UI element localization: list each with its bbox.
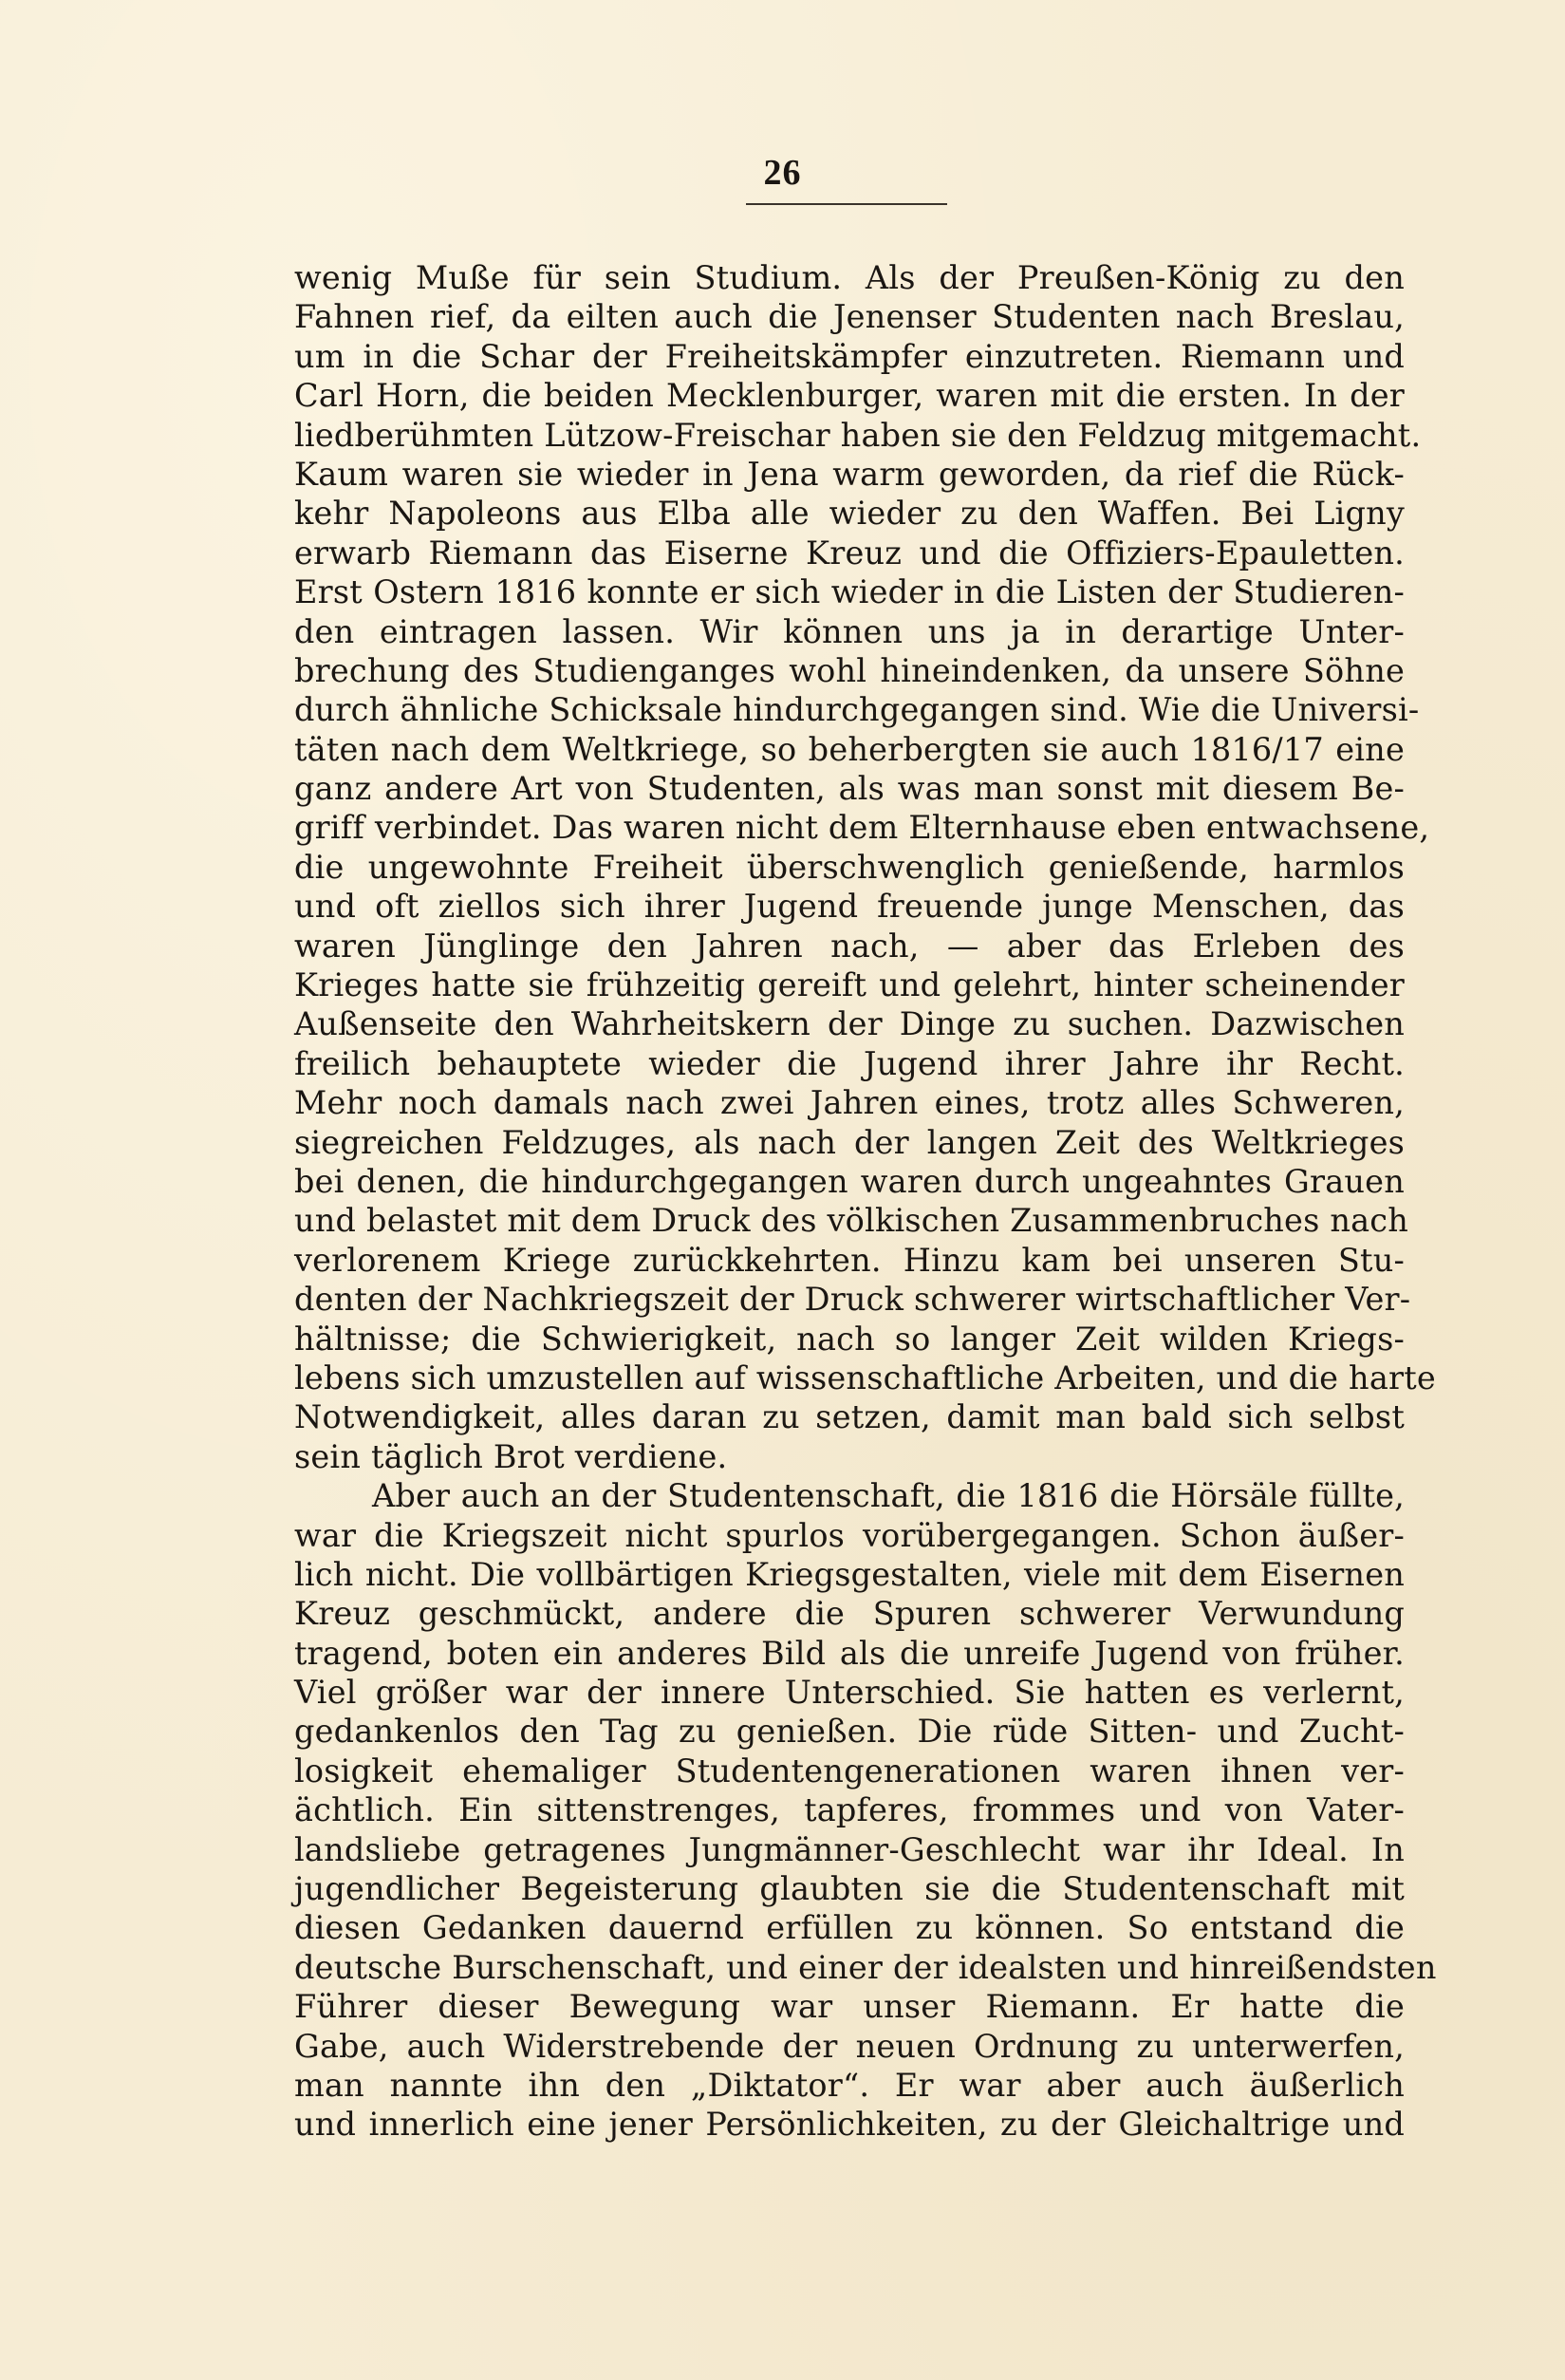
text-line: siegreichen Feldzuges, als nach der lang… [294,1123,1405,1162]
text-line: sein täglich Brot verdiene. [294,1437,1405,1476]
text-line: lebens sich umzustellen auf wissenschaft… [294,1359,1405,1397]
text-line: ächtlich. Ein sittenstrenges, tapferes, … [294,1790,1405,1829]
text-line: Kreuz geschmückt, andere die Spuren schw… [294,1594,1405,1633]
paragraph-2: Aber auch an der Studentenschaft, die 18… [294,1476,1405,2145]
text-line: gedankenlos den Tag zu genießen. Die rüd… [294,1712,1405,1751]
paragraph-1: wenig Muße für sein Studium. Als der Pre… [294,258,1405,1476]
text-line: Krieges hatte sie frühzeitig gereift und… [294,965,1405,1004]
text-line: lich nicht. Die vollbärtigen Kriegsgesta… [294,1555,1405,1594]
text-line: freilich behauptete wieder die Jugend ih… [294,1044,1405,1083]
text-line: Aber auch an der Studentenschaft, die 18… [294,1476,1405,1515]
text-line: griff verbindet. Das waren nicht dem Elt… [294,808,1405,847]
page-number: 26 [0,152,1565,194]
text-line: Carl Horn, die beiden Mecklenburger, war… [294,376,1405,415]
text-line: und belastet mit dem Druck des völkische… [294,1201,1405,1240]
text-line: Gabe, auch Widerstrebende der neuen Ordn… [294,2027,1405,2066]
text-line: Erst Ostern 1816 konnte er sich wieder i… [294,572,1405,611]
text-line: hältnisse; die Schwierigkeit, nach so la… [294,1320,1405,1359]
text-line: Fahnen rief, da eilten auch die Jenenser… [294,297,1405,336]
text-line: Notwendigkeit, alles daran zu setzen, da… [294,1397,1405,1436]
text-line: war die Kriegszeit nicht spurlos vorüber… [294,1516,1405,1555]
text-line: Kaum waren sie wieder in Jena warm gewor… [294,455,1405,494]
text-line: erwarb Riemann das Eiserne Kreuz und die… [294,534,1405,572]
text-line: man nannte ihn den „Diktator“. Er war ab… [294,2066,1405,2105]
text-line: verlorenem Kriege zurückkehrten. Hinzu k… [294,1241,1405,1280]
text-line: kehr Napoleons aus Elba alle wieder zu d… [294,494,1405,533]
text-line: durch ähnliche Schicksale hindurchgegang… [294,690,1405,729]
body-text: wenig Muße für sein Studium. Als der Pre… [294,258,1405,2145]
book-page: 26 wenig Muße für sein Studium. Als der … [0,0,1565,2380]
text-line: täten nach dem Weltkriege, so beherbergt… [294,730,1405,769]
text-line: den eintragen lassen. Wir können uns ja … [294,612,1405,651]
text-line: jugendlicher Begeisterung glaubten sie d… [294,1869,1405,1908]
text-line: diesen Gedanken dauernd erfüllen zu könn… [294,1908,1405,1947]
text-line: losigkeit ehemaliger Studentengeneration… [294,1752,1405,1790]
header-rule [746,203,947,205]
text-line: die ungewohnte Freiheit überschwenglich … [294,848,1405,887]
text-line: brechung des Studienganges wohl hineinde… [294,651,1405,690]
text-line: Viel größer war der innere Unterschied. … [294,1673,1405,1712]
text-line: Mehr noch damals nach zwei Jahren eines,… [294,1083,1405,1122]
text-line: deutsche Burschenschaft, und einer der i… [294,1948,1405,1987]
text-line: um in die Schar der Freiheitskämpfer ein… [294,337,1405,376]
text-line: waren Jünglinge den Jahren nach, — aber … [294,927,1405,965]
text-line: und oft ziellos sich ihrer Jugend freuen… [294,887,1405,926]
text-line: landsliebe getragenes Jungmänner-Geschle… [294,1830,1405,1869]
text-line: liedberühmten Lützow-Freischar haben sie… [294,416,1405,455]
text-line: und innerlich eine jener Persönlichkeite… [294,2105,1405,2144]
text-line: wenig Muße für sein Studium. Als der Pre… [294,258,1405,297]
text-line: denten der Nachkriegszeit der Druck schw… [294,1280,1405,1319]
text-line: Außenseite den Wahrheitskern der Dinge z… [294,1004,1405,1043]
text-line: tragend, boten ein anderes Bild als die … [294,1634,1405,1673]
text-line: Führer dieser Bewegung war unser Riemann… [294,1987,1405,2026]
text-line: bei denen, die hindurchgegangen waren du… [294,1162,1405,1201]
text-line: ganz andere Art von Studenten, als was m… [294,769,1405,808]
